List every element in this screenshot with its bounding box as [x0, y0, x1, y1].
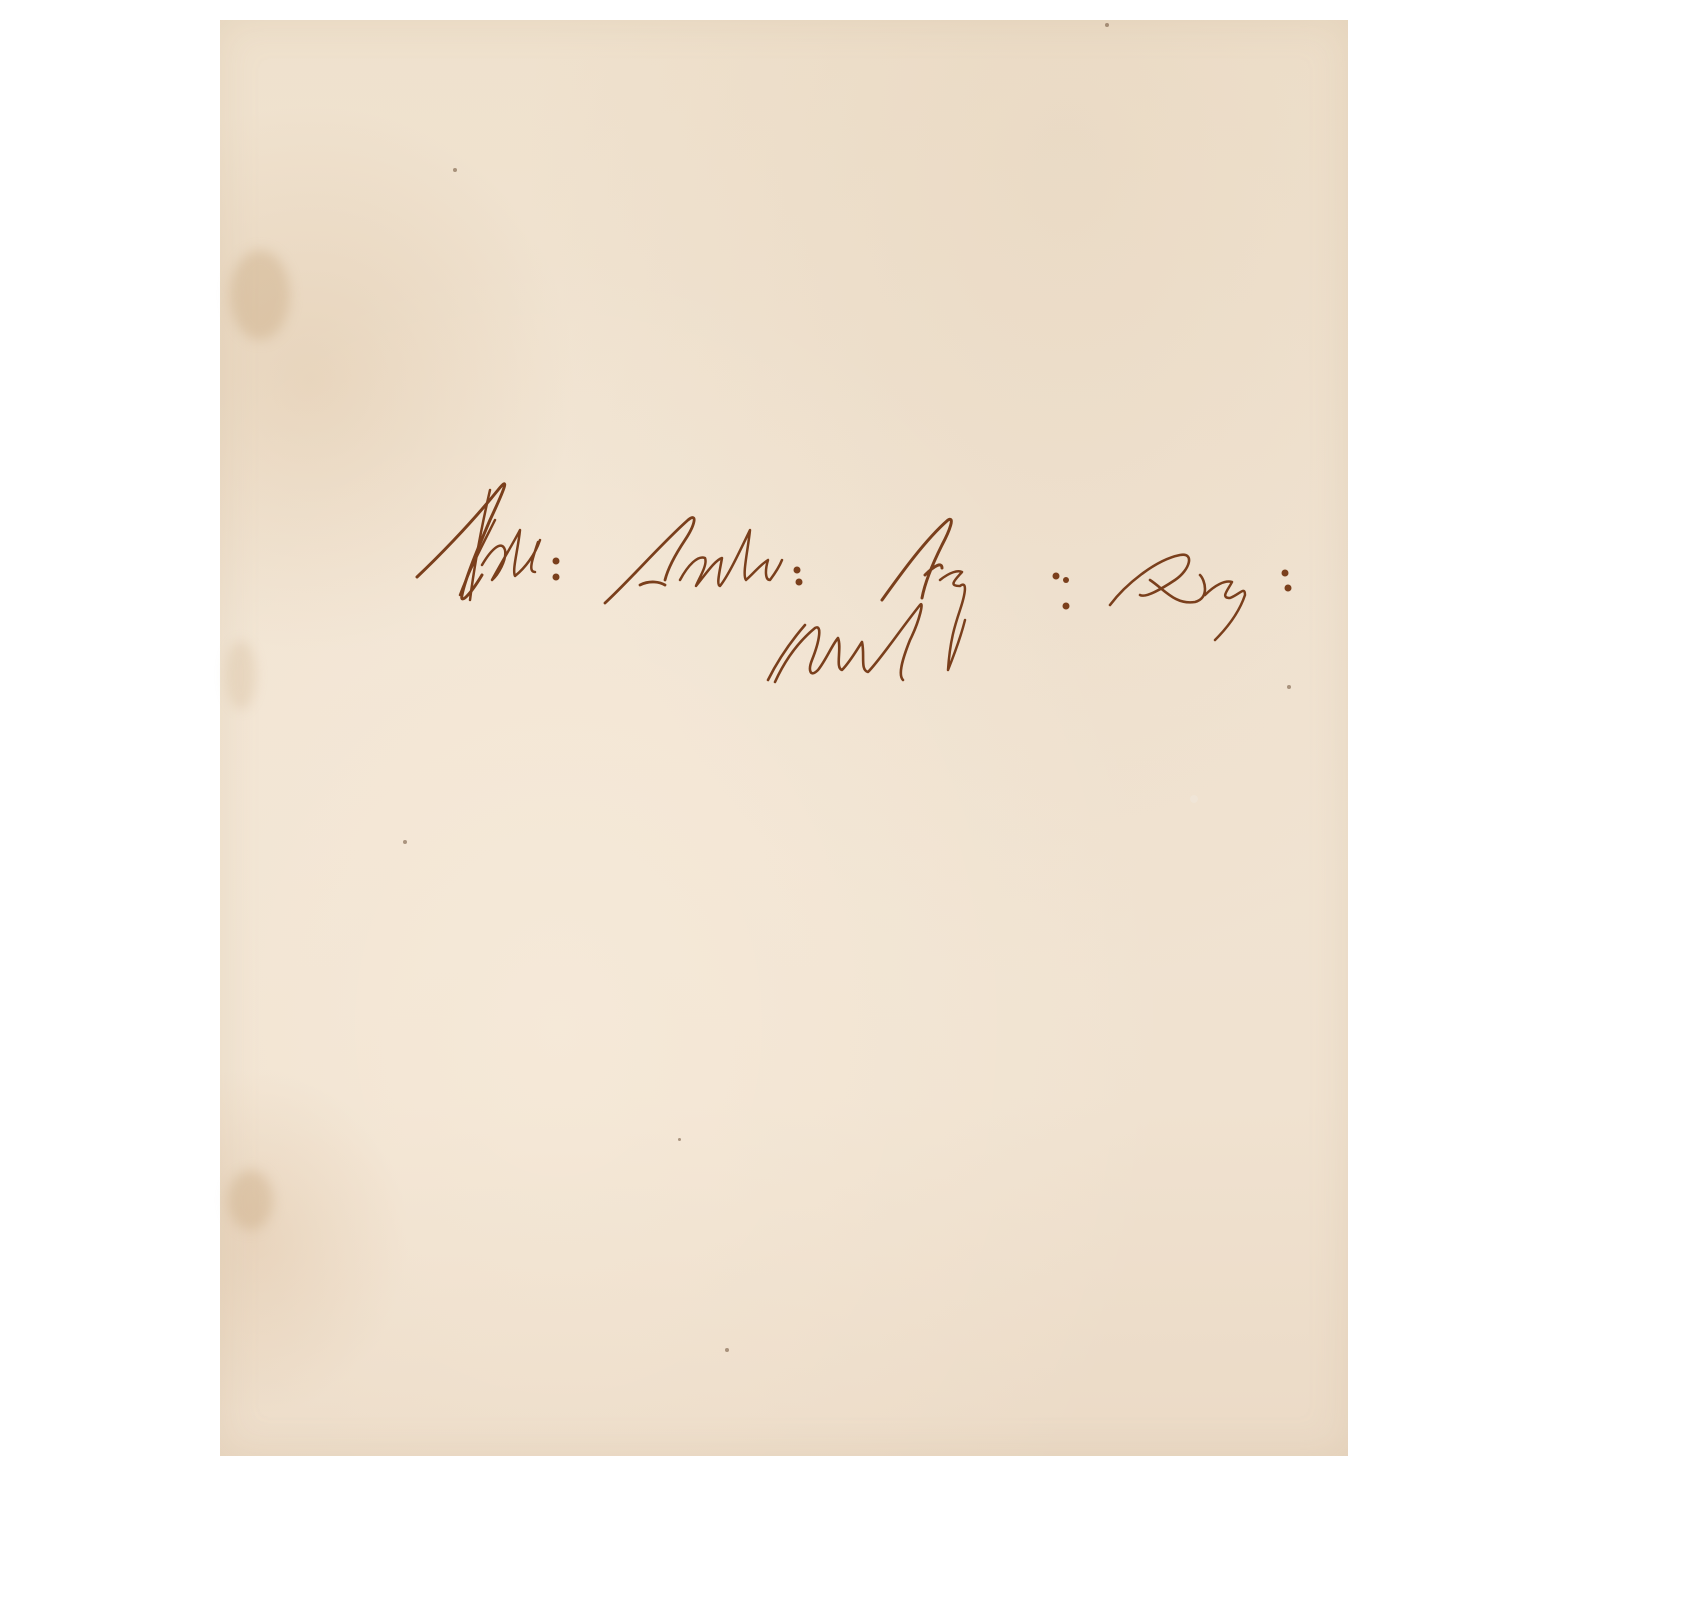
handwritten-inscription: Bibl: Acad: Ag: Reg: 1800 [220, 20, 1348, 1456]
paper-leaf: Bibl: Acad: Ag: Reg: 1800 [220, 20, 1348, 1456]
word-reg [1110, 555, 1292, 640]
word-ag [882, 519, 1070, 670]
script-strokes [220, 20, 1348, 1456]
word-bibl [417, 484, 560, 600]
word-acad [605, 518, 803, 603]
word-year [768, 604, 922, 682]
